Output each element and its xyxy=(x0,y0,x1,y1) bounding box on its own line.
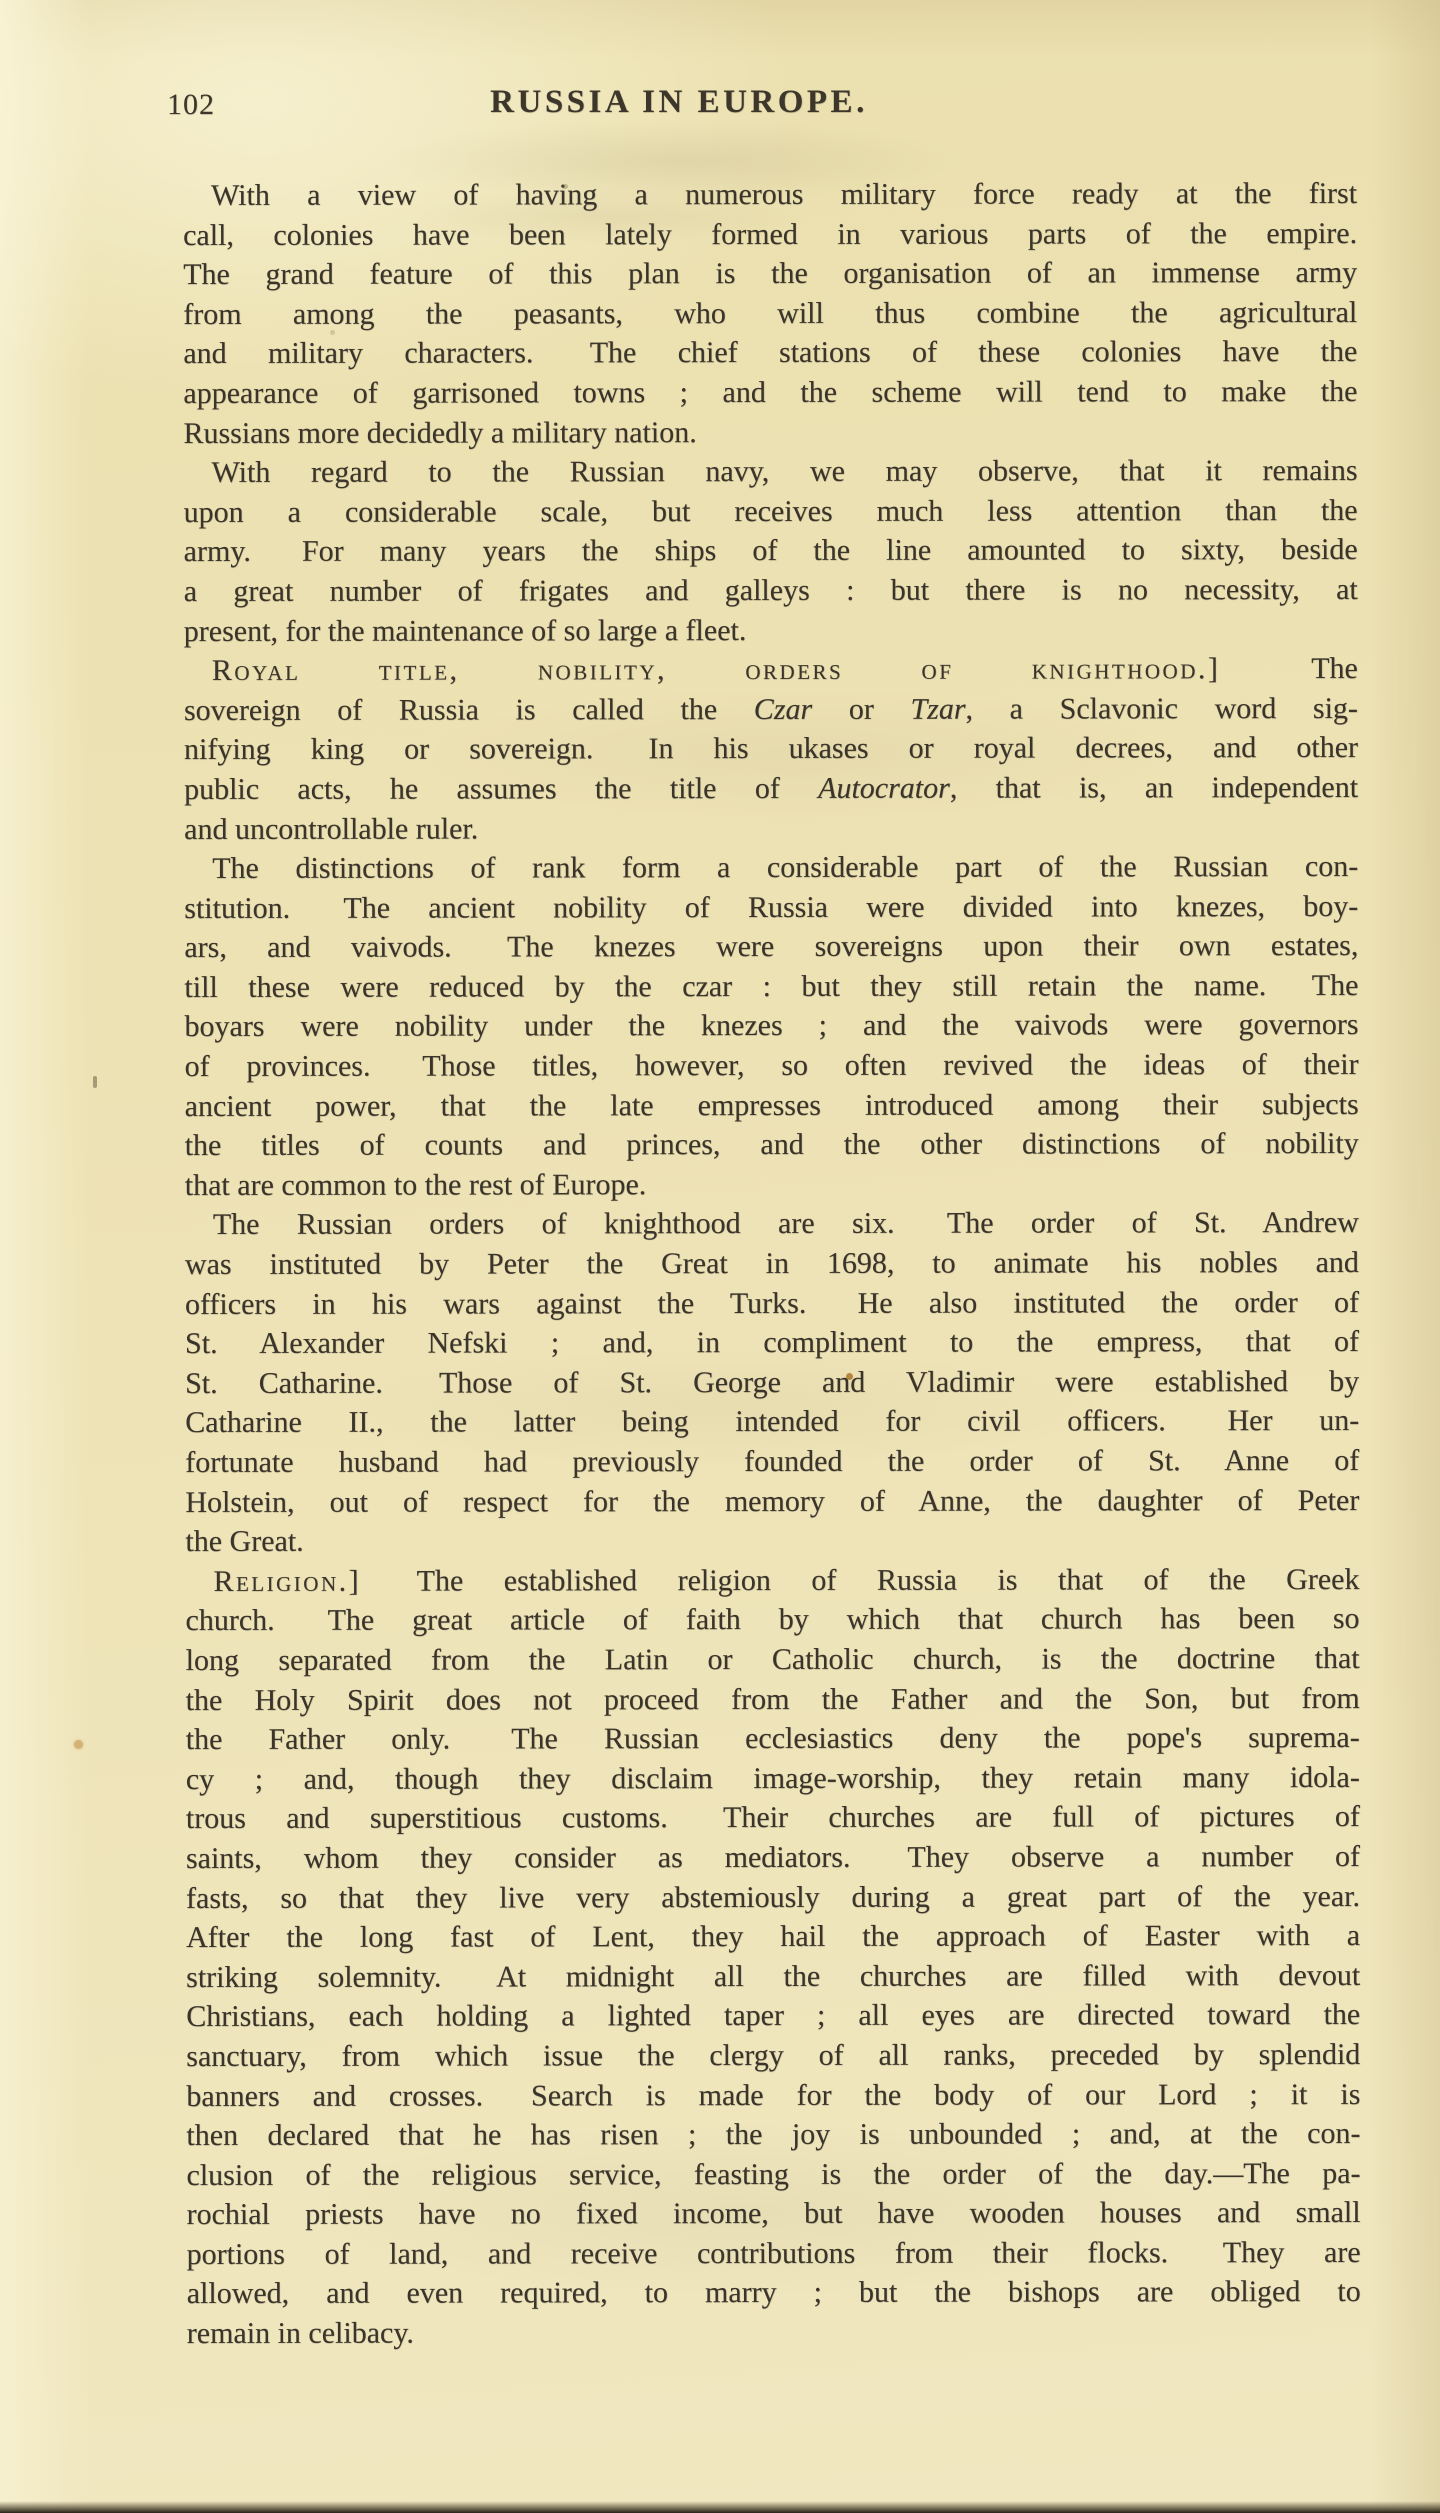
text-line: The Russian orders of knighthood are six… xyxy=(185,1203,1359,1245)
text-line: from among the peasants, who will thus c… xyxy=(183,293,1357,335)
text-line: nifying king or sovereign. In his ukases… xyxy=(184,728,1358,770)
book-page-scan: 102 RUSSIA IN EUROPE. With a view of hav… xyxy=(0,0,1440,2513)
text-line: striking solemnity. At midnight all the … xyxy=(186,1956,1360,1998)
text-line: till these were reduced by the czar : bu… xyxy=(184,966,1358,1008)
text-line: cy ; and, though they disclaim image-wor… xyxy=(186,1758,1360,1800)
text-line: church. The great article of faith by wh… xyxy=(185,1599,1359,1641)
text-line: With regard to the Russian navy, we may … xyxy=(183,451,1357,493)
page-number: 102 xyxy=(167,88,215,122)
paper-speck xyxy=(846,1373,853,1380)
paragraph: The Russian orders of knighthood are six… xyxy=(185,1203,1360,1561)
text-line: present, for the maintenance of so large… xyxy=(184,609,1358,651)
paragraph: The distinctions of rank form a consider… xyxy=(184,847,1359,1205)
paragraph: With a view of having a numerous militar… xyxy=(183,174,1357,453)
text-line: fasts, so that they live very abstemious… xyxy=(186,1876,1360,1918)
text-line: boyars were nobility under the knezes ; … xyxy=(184,1005,1358,1047)
text-line: sovereign of Russia is called the Czar o… xyxy=(184,689,1358,731)
text-line: was instituted by Peter the Great in 169… xyxy=(185,1243,1359,1285)
paragraph: Royal title, nobility, orders of knighth… xyxy=(184,649,1358,849)
text-line: upon a considerable scale, but receives … xyxy=(184,491,1358,533)
text-line: stitution. The ancient nobility of Russi… xyxy=(184,887,1358,929)
text-line: rochial priests have no fixed income, bu… xyxy=(187,2193,1361,2235)
text-line: the Holy Spirit does not proceed from th… xyxy=(186,1679,1360,1721)
text-line: that are common to the rest of Europe. xyxy=(185,1164,1359,1206)
text-line: the titles of counts and princes, and th… xyxy=(185,1124,1359,1166)
text-line: The grand feature of this plan is the or… xyxy=(183,253,1357,295)
text-line: public acts, he assumes the title of Aut… xyxy=(184,768,1358,810)
text-line: appearance of garrisoned towns ; and the… xyxy=(183,372,1357,414)
text-line: Holstein, out of respect for the memory … xyxy=(185,1481,1359,1523)
text-line: then declared that he has risen ; the jo… xyxy=(186,2114,1360,2156)
text-block: With a view of having a numerous militar… xyxy=(183,174,1361,2354)
text-line: and military characters. The chief stati… xyxy=(183,332,1357,374)
text-line: call, colonies have been lately formed i… xyxy=(183,214,1357,256)
text-line: Christians, each holding a lighted taper… xyxy=(186,1995,1360,2037)
text-line: army. For many years the ships of the li… xyxy=(184,530,1358,572)
text-line: Religion.] The established religion of R… xyxy=(185,1560,1359,1602)
text-line: sanctuary, from which issue the clergy o… xyxy=(186,2035,1360,2077)
text-line: long separated from the Latin or Catholi… xyxy=(186,1639,1360,1681)
text-line: and uncontrollable ruler. xyxy=(184,807,1358,849)
text-line: a great number of frigates and galleys :… xyxy=(184,570,1358,612)
paragraph: Religion.] The established religion of R… xyxy=(185,1560,1360,2354)
text-line: clusion of the religious service, feasti… xyxy=(186,2154,1360,2196)
text-line: Royal title, nobility, orders of knighth… xyxy=(184,649,1358,691)
text-line: banners and crosses. Search is made for … xyxy=(186,2074,1360,2116)
paragraph: With regard to the Russian navy, we may … xyxy=(183,451,1357,651)
text-line: the Great. xyxy=(185,1520,1359,1562)
text-line: saints, whom they consider as mediators.… xyxy=(186,1837,1360,1879)
text-line: remain in celibacy. xyxy=(187,2312,1361,2354)
text-line: ars, and vaivods. The knezes were sovere… xyxy=(184,926,1358,968)
text-line: portions of land, and receive contributi… xyxy=(187,2233,1361,2275)
text-line: fortunate husband had previously founded… xyxy=(185,1441,1359,1483)
running-head: RUSSIA IN EUROPE. xyxy=(490,84,868,121)
text-line: After the long fast of Lent, they hail t… xyxy=(186,1916,1360,1958)
text-line: officers in his wars against the Turks. … xyxy=(185,1283,1359,1325)
text-line: trous and superstitious customs. Their c… xyxy=(186,1797,1360,1839)
text-line: St. Catharine. Those of St. George and V… xyxy=(185,1362,1359,1404)
text-line: of provinces. Those titles, however, so … xyxy=(185,1045,1359,1087)
paper-speck xyxy=(562,184,568,189)
paper-speck xyxy=(93,1076,97,1088)
paper-speck xyxy=(74,1740,83,1749)
text-line: allowed, and even required, to marry ; b… xyxy=(187,2272,1361,2314)
text-line: Russians more decidedly a military natio… xyxy=(183,412,1357,454)
text-line: With a view of having a numerous militar… xyxy=(183,174,1357,216)
text-line: Catharine II., the latter being intended… xyxy=(185,1401,1359,1443)
paper-speck xyxy=(330,330,335,335)
text-line: the Father only. The Russian ecclesiasti… xyxy=(186,1718,1360,1760)
text-line: The distinctions of rank form a consider… xyxy=(184,847,1358,889)
text-line: St. Alexander Nefski ; and, in complimen… xyxy=(185,1322,1359,1364)
text-line: ancient power, that the late empresses i… xyxy=(185,1085,1359,1127)
